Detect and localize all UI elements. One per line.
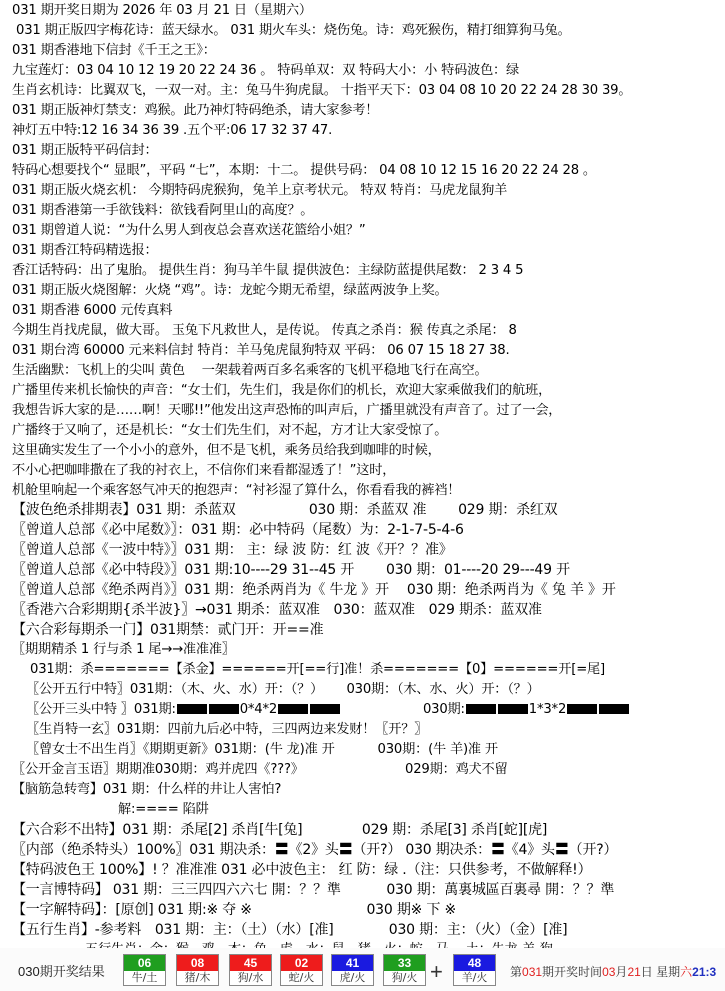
kill-head-line: 〖内部（绝杀特头）100%〗031 期决杀：〓《2》头〓（开?） 030 期决杀… xyxy=(12,840,617,860)
xiangjiang-title: 031 期香江特码精选报： xyxy=(12,241,157,261)
time-issue: 031 xyxy=(522,965,542,979)
three-head-031-value: 0*4*2 xyxy=(240,702,277,717)
time-day: 21 xyxy=(627,965,640,979)
fax-line: 今期生肖找虎鼠，做大哥。 玉兔下凡救世人，是传说。 传真之杀肖：猴 传真之杀尾：… xyxy=(12,321,517,341)
fire-illustration-line: 031 期正版火烧图解：火烧 “鸡”。诗：龙蛇今期无希望，绿蓝两波争上奖。 xyxy=(12,281,447,301)
fax-title: 031 期香港 6000 元传真料 xyxy=(12,301,172,321)
xiangjiang-line: 香江话特码：出了鬼胎。 提供生肖：狗马羊牛鼠 提供波色：主绿防蓝提供尾数： 2 … xyxy=(12,261,523,281)
result-ball-1: 06 牛/土 xyxy=(123,954,166,986)
draw-result-bar: 030期开奖结果 06 牛/土 08 猪/木 45 狗/水 02 蛇/火 41 … xyxy=(0,948,725,991)
humor-line-4: 广播终于又响了，还是机长：“女士们先生们，对不起，方才让大家受惊了。 xyxy=(12,421,447,441)
zodiac-mystery-line: 〖生肖特一玄〗031期：四前九后必中特，三四两边来发财！〖开？〗 xyxy=(26,720,427,740)
ball-zodiac: 狗/火 xyxy=(384,971,425,985)
special-code-line: 特码心想要找个“ 显眼”，平码 “七”，本期：十二。 提供号码： 04 08 1… xyxy=(12,161,596,181)
three-head-030-value: 1*3*2 xyxy=(529,702,566,717)
ball-number: 06 xyxy=(124,955,165,971)
block-icon xyxy=(498,704,528,714)
hk-envelope-title: 031 期香港地下信封《千王之王》： xyxy=(12,41,216,61)
lamp-ban-line: 031 期正版神灯禁支：鸡猴。此乃神灯特码绝杀，请大家参考！ xyxy=(12,101,378,121)
one-char-line: 【一字解特码】：[原创] 031 期:※ 夺 ※ 030 期※ 下 ※ xyxy=(12,900,456,920)
riddle-line: 【脑筋急转弯】031 期：什么样的井让人害怕? xyxy=(12,780,281,800)
time-text: 第 xyxy=(510,965,522,979)
ball-zodiac: 狗/水 xyxy=(230,971,271,985)
no-special-line: 【六合彩不出特】031 期：杀尾[2] 杀肖[牛[兔] 029 期：杀尾[3] … xyxy=(12,820,547,840)
lamp-five-line: 神灯五中特:12 16 34 36 39 .五个平:06 17 32 37 47… xyxy=(12,121,332,141)
ball-number: 45 xyxy=(230,955,271,971)
ball-zodiac: 羊/火 xyxy=(454,971,495,985)
humor-line-5: 这里确实发生了一个小小的意外，但不是飞机，乘务员给我到咖啡的时候， xyxy=(12,441,441,461)
block-icon xyxy=(177,704,207,714)
result-ball-5: 41 虎/火 xyxy=(331,954,374,986)
zeng-wave-line: 〖曾道人总部《一波中特》〗031 期： 主：绿 波 防：红 波《开？？准》 xyxy=(12,540,453,560)
block-icon xyxy=(466,704,496,714)
result-ball-3: 45 狗/水 xyxy=(229,954,272,986)
time-text: 期开奖时间 xyxy=(542,965,602,979)
ball-zodiac: 蛇/火 xyxy=(281,971,322,985)
result-ball-2: 08 猪/木 xyxy=(176,954,219,986)
golden-words-line: 〖公开金言玉语〗期期准030期：鸡并虎四《???》 029期：鸡犬不留 xyxy=(12,760,508,780)
humor-line-1: 生活幽默：飞机上的尖叫 黄色 一架载着两百多名乘客的飞机平稳地飞行在高空。 xyxy=(12,361,488,381)
time-month: 03 xyxy=(602,965,615,979)
humor-line-3: 我想告诉大家的是……啊！天哪!!”他发出这声恐怖的叫声后，广播里就没有声音了。过… xyxy=(12,401,561,421)
result-label: 030期开奖结果 xyxy=(18,961,105,980)
half-wave-line: 〖香港六合彩期期{杀半波}〗→031 期杀：蓝双准 030：蓝双准 029 期杀… xyxy=(12,600,542,620)
zeng-tail-line: 〖曾道人总部《必中尾数》〗：031 期：必中特码（尾数）为：2-1-7-5-4-… xyxy=(12,520,464,540)
ball-number: 08 xyxy=(177,955,218,971)
three-head-label: 〖公开三头中特 〗031期: xyxy=(26,702,176,717)
result-ball-6: 33 狗/火 xyxy=(383,954,426,986)
plus-icon: + xyxy=(430,959,443,985)
humor-line-7: 机舱里响起一个乘客怒气冲天的抱怨声：“衬衫湿了算什么，你看看我的裤裆！ xyxy=(12,481,460,501)
result-ball-4: 02 蛇/火 xyxy=(280,954,323,986)
three-head-030-label: 030期: xyxy=(341,702,465,717)
block-icon xyxy=(209,704,239,714)
plum-poem-line: 031 期正版四字梅花诗：蓝天绿水。 031 期火车头：烧伤兔。诗：鸡死猴伤，精… xyxy=(16,21,571,41)
ball-number: 41 xyxy=(332,955,373,971)
next-draw-time: 第031期开奖时间03月21日 星期六21:3 xyxy=(510,963,716,980)
ms-zeng-line: 〖曾女士不出生肖〗《期期更新》031期：(牛 龙)准 开 030期：(牛 羊)准… xyxy=(26,740,498,760)
block-icon xyxy=(310,704,340,714)
first-hand-line: 031 期香港第一手欲钱料：欲钱看阿里山的高度？。 xyxy=(12,201,313,221)
nine-lotus-line: 九宝莲灯：03 04 10 12 19 20 22 24 36 。 特码单双：双… xyxy=(12,61,519,81)
zeng-says-line: 031 期曾道人说：“为什么男人到夜总会喜欢送花篮给小姐？” xyxy=(12,221,366,241)
envelope-title: 031 期正版特平码信封： xyxy=(12,141,157,161)
time-clock: 21:3 xyxy=(692,965,716,979)
time-weekday: 六 xyxy=(680,965,692,979)
time-text: 日 星期 xyxy=(641,965,680,979)
kill-door-line: 【六合彩每期杀一门】031期禁：贰门开：开==准 xyxy=(12,620,323,640)
ball-number: 02 xyxy=(281,955,322,971)
time-text: 月 xyxy=(615,965,627,979)
ball-zodiac: 猪/木 xyxy=(177,971,218,985)
ball-number: 33 xyxy=(384,955,425,971)
wave-king-line: 【特码波色王 100%】! ？准准准 031 必中波色主： 红 防：绿 .（注：… xyxy=(12,860,591,880)
zeng-segment-line: 〖曾道人总部《必中特段》〗031 期:10----29 31--45 开 030… xyxy=(12,560,570,580)
block-icon xyxy=(599,704,629,714)
five-zodiac-line: 【五行生肖】-参考料 031 期：主：（土）（水）[准] 030 期：主：（火）… xyxy=(12,920,567,940)
ball-zodiac: 牛/土 xyxy=(124,971,165,985)
kill-element-title: 〖期期精杀 1 行与杀 1 尾→→准准准〗 xyxy=(12,640,235,660)
five-element-line: 〖公开五行中特〗031期：（木、火、水）开：（？） 030期：（木、水、火）开：… xyxy=(26,680,540,700)
three-head-line: 〖公开三头中特 〗031期:0*4*2 030期:1*3*2 xyxy=(26,700,630,720)
zeng-kill-two-line: 〖曾道人总部《绝杀两肖》〗031 期：绝杀两肖为《 牛龙 》开 030 期：绝杀… xyxy=(12,580,616,600)
result-special-ball: 48 羊/火 xyxy=(453,954,496,986)
block-icon xyxy=(567,704,597,714)
one-word-bet-line: 【一言博特码】 031 期：三三四四六六七 開：？？準 030 期：萬裏城區百裏… xyxy=(12,880,614,900)
ball-number: 48 xyxy=(454,955,495,971)
zodiac-poem-line: 生肖玄机诗：比翼双飞，一双一对。主：兔马牛狗虎鼠。 十指平天下：03 04 08… xyxy=(12,81,631,101)
kill-element-line: 031期：杀=======【杀金】======开[==行]准！杀=======【… xyxy=(30,660,605,680)
draw-date-line: 031 期开奖日期为 2026 年 03 月 21 日（星期六） xyxy=(12,1,312,21)
riddle-answer: 解:==== 陷阱 xyxy=(118,800,209,820)
fire-mystery-line: 031 期正版火烧玄机： 今期特码虎猴狗，兔羊上京考状元。 特双 特肖：马虎龙鼠… xyxy=(12,181,507,201)
wave-kill-table: 【波色绝杀排期表】031 期：杀蓝双 030 期：杀蓝双 准 029 期：杀红双 xyxy=(12,500,557,520)
taiwan-line: 031 期台湾 60000 元来料信封 特肖：羊马兔虎鼠狗特双 平码： 06 0… xyxy=(12,341,509,361)
block-icon xyxy=(278,704,308,714)
humor-line-6: 不小心把咖啡撒在了我的衬衣上，不信你们来看都湿透了！”这时， xyxy=(12,461,395,481)
ball-zodiac: 虎/火 xyxy=(332,971,373,985)
humor-line-2: 广播里传来机长愉快的声音：“女士们，先生们，我是你们的机长，欢迎大家乘做我们的航… xyxy=(12,381,551,401)
